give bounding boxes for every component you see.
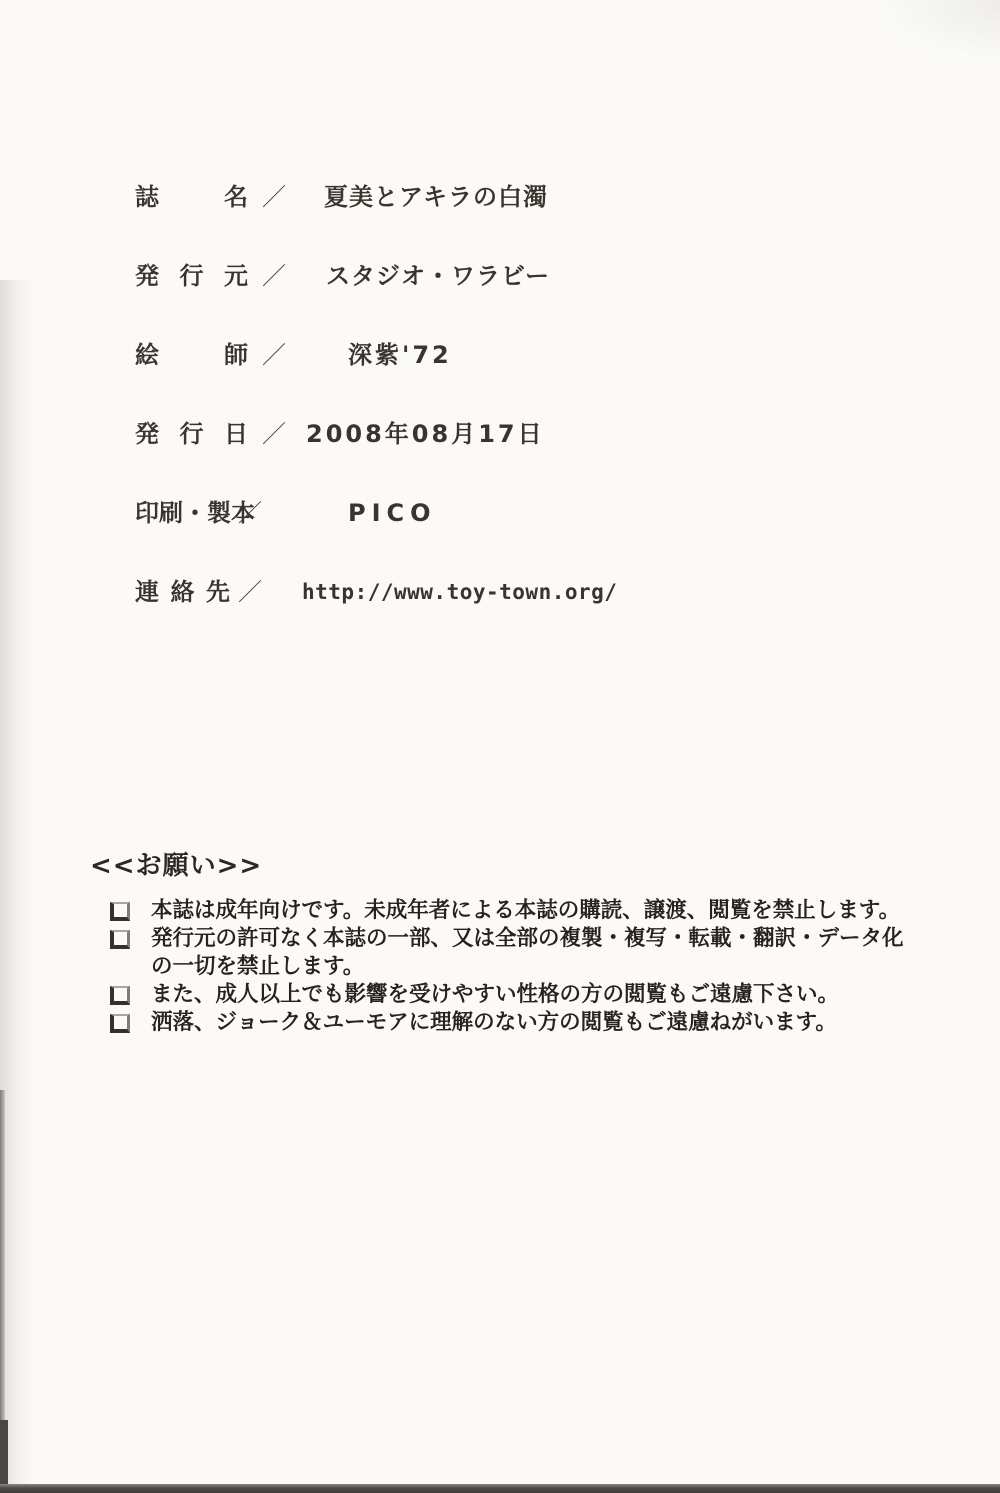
scan-edge-shadow (0, 280, 34, 1493)
separator-slash: ／ (238, 579, 262, 606)
notice-list: 本誌は成年向けです。未成年者による本誌の購読、譲渡、閲覧を禁止します。 発行元の… (110, 897, 910, 1037)
scan-corner-dark (0, 1420, 8, 1493)
separator-slash: ／ (262, 421, 286, 448)
separator-slash: ／ (238, 500, 262, 527)
field-label-printer: 印刷・製本 (135, 500, 230, 527)
field-value-publisher: スタジオ・ワラビー (326, 263, 550, 290)
field-value-artist: 深紫'72 (348, 342, 452, 369)
notice-heading: <<お願い>> (90, 845, 262, 882)
field-value-title: 夏美とアキラの白濁 (324, 184, 548, 211)
notice-item: 洒落、ジョーク＆ユーモアに理解のない方の閲覧もご遠慮ねがいます。 (110, 1009, 910, 1037)
colophon-row-printer: 印刷・製本 ／ PICO (135, 500, 617, 527)
notice-item-text: 洒落、ジョーク＆ユーモアに理解のない方の閲覧もご遠慮ねがいます。 (151, 1009, 910, 1037)
field-value-date: 2008年08月17日 (306, 421, 545, 448)
checkbox-icon (110, 1014, 130, 1033)
scan-smudge (880, 0, 1000, 60)
colophon-row-artist: 絵師 ／ 深紫'72 (135, 342, 617, 369)
checkbox-icon (110, 986, 130, 1005)
checkbox-icon (110, 902, 130, 921)
field-label-publisher: 発行元 (135, 263, 248, 290)
separator-slash: ／ (262, 184, 286, 211)
notice-item-text: 発行元の許可なく本誌の一部、又は全部の複製・複写・転載・翻訳・データ化の一切を禁… (151, 925, 910, 981)
notice-item-text: また、成人以上でも影響を受けやすい性格の方の閲覧もご遠慮下さい。 (151, 981, 910, 1009)
field-value-printer: PICO (348, 500, 437, 527)
colophon-row-contact: 連絡先 ／ http://www.toy-town.org/ (135, 579, 617, 606)
notice-item: 本誌は成年向けです。未成年者による本誌の購読、譲渡、閲覧を禁止します。 (110, 897, 910, 925)
notice-item: 発行元の許可なく本誌の一部、又は全部の複製・複写・転載・翻訳・データ化の一切を禁… (110, 925, 910, 981)
scanned-colophon-page: 誌名 ／ 夏美とアキラの白濁 発行元 ／ スタジオ・ワラビー 絵師 ／ 深紫'7… (0, 0, 1000, 1493)
separator-slash: ／ (262, 342, 286, 369)
field-label-artist: 絵師 (135, 342, 248, 369)
field-label-contact: 連絡先 (135, 579, 230, 606)
field-label-title: 誌名 (135, 184, 248, 211)
notice-item: また、成人以上でも影響を受けやすい性格の方の閲覧もご遠慮下さい。 (110, 981, 910, 1009)
colophon-row-date: 発行日 ／ 2008年08月17日 (135, 421, 617, 448)
checkbox-icon (110, 930, 130, 949)
notice-item-text: 本誌は成年向けです。未成年者による本誌の購読、譲渡、閲覧を禁止します。 (151, 897, 910, 925)
field-label-date: 発行日 (135, 421, 248, 448)
scan-bottom-edge (0, 1484, 1000, 1493)
colophon-row-title: 誌名 ／ 夏美とアキラの白濁 (135, 184, 617, 211)
field-value-contact-url: http://www.toy-town.org/ (302, 579, 617, 606)
separator-slash: ／ (262, 263, 286, 290)
colophon-row-publisher: 発行元 ／ スタジオ・ワラビー (135, 263, 617, 290)
colophon-block: 誌名 ／ 夏美とアキラの白濁 発行元 ／ スタジオ・ワラビー 絵師 ／ 深紫'7… (135, 184, 617, 658)
